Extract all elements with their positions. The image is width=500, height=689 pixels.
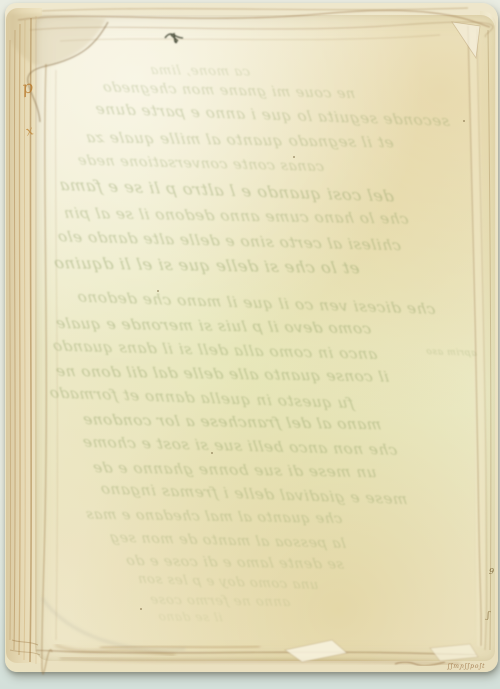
paper-speck: [211, 452, 213, 454]
paper-speck: [140, 608, 142, 610]
manuscript-page: [35, 15, 495, 661]
paper-speck: [463, 120, 465, 122]
paper-speck: [293, 156, 295, 158]
book-block: [5, 3, 498, 672]
bottom-edge-scribble: ʃʃmɲʃʃpoʃt: [448, 663, 486, 670]
right-edge-mark-1: 9: [489, 567, 494, 576]
manuscript-photo: ca mone, limane coue mi gnane mon chegne…: [0, 0, 500, 689]
right-edge-mark-2: ʃ: [487, 611, 489, 621]
paper-speck: [157, 290, 159, 292]
